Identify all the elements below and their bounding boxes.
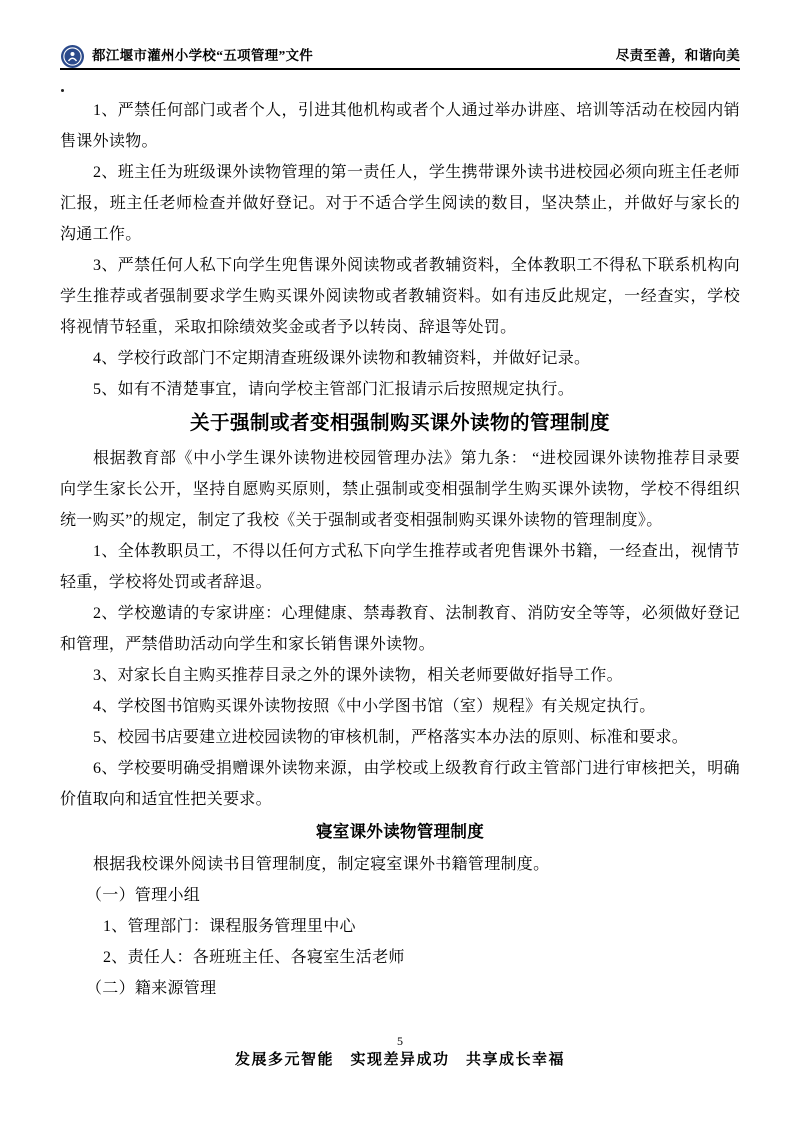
- list-item: （二）籍来源管理: [60, 973, 740, 1004]
- paragraph: 6、学校要明确受捐赠课外读物来源，由学校或上级教育行政主管部门进行审核把关，明确…: [60, 753, 740, 815]
- paragraph: 5、校园书店要建立进校园读物的审核机制，严格落实本办法的原则、标准和要求。: [60, 722, 740, 753]
- paragraph: 3、严禁任何人私下向学生兜售课外阅读物或者教辅资料，全体教职工不得私下联系机构向…: [60, 250, 740, 343]
- section-heading: 关于强制或者变相强制购买课外读物的管理制度: [60, 405, 740, 443]
- page-footer: 5 发展多元智能 实现差异成功 共享成长幸福: [0, 1033, 800, 1071]
- footer-slogan: 发展多元智能 实现差异成功 共享成长幸福: [0, 1049, 800, 1071]
- paragraph: 3、对家长自主购买推荐目录之外的课外读物，相关老师要做好指导工作。: [60, 660, 740, 691]
- paragraph: 4、学校图书馆购买课外读物按照《中小学图书馆（室）规程》有关规定执行。: [60, 691, 740, 722]
- paragraph: 1、全体教职员工，不得以任何方式私下向学生推荐或者兜售课外书籍，一经查出，视情节…: [60, 536, 740, 598]
- header-title: 都江堰市灌州小学校“五项管理”文件: [92, 44, 313, 64]
- paragraph: 4、学校行政部门不定期清查班级课外读物和教辅资料，并做好记录。: [60, 343, 740, 374]
- subsection-heading: 寝室课外读物管理制度: [60, 815, 740, 849]
- header-motto: 尽责至善，和谐向美: [616, 44, 740, 64]
- paragraph: 2、学校邀请的专家讲座：心理健康、禁毒教育、法制教育、消防安全等等，必须做好登记…: [60, 598, 740, 660]
- header-left: 都江堰市灌州小学校“五项管理”文件: [60, 44, 313, 64]
- document-body: 1、严禁任何部门或者个人，引进其他机构或者个人通过举办讲座、培训等活动在校园内销…: [60, 95, 740, 1004]
- paragraph: 5、如有不清楚事宜，请向学校主管部门汇报请示后按照规定执行。: [60, 374, 740, 405]
- stray-dot: [61, 89, 64, 92]
- page-header: 都江堰市灌州小学校“五项管理”文件 尽责至善，和谐向美: [60, 44, 740, 70]
- paragraph: 根据我校课外阅读书目管理制度，制定寝室课外书籍管理制度。: [60, 849, 740, 880]
- document-page: 都江堰市灌州小学校“五项管理”文件 尽责至善，和谐向美 1、严禁任何部门或者个人…: [0, 0, 800, 1131]
- school-emblem-icon: [60, 44, 85, 69]
- list-item: （一）管理小组: [60, 880, 740, 911]
- page-number: 5: [0, 1033, 800, 1049]
- paragraph: 1、严禁任何部门或者个人，引进其他机构或者个人通过举办讲座、培训等活动在校园内销…: [60, 95, 740, 157]
- paragraph: 根据教育部《中小学生课外读物进校园管理办法》第九条： “进校园课外读物推荐目录要…: [60, 443, 740, 536]
- list-item: 2、责任人：各班班主任、各寝室生活老师: [60, 942, 740, 973]
- paragraph: 2、班主任为班级课外读物管理的第一责任人，学生携带课外读书进校园必须向班主任老师…: [60, 157, 740, 250]
- list-item: 1、管理部门：课程服务管理里中心: [60, 911, 740, 942]
